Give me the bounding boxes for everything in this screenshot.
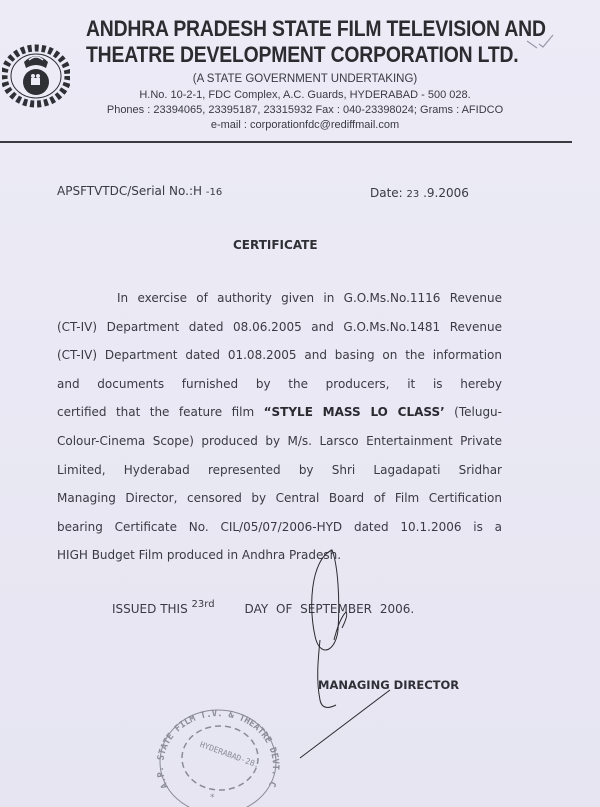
film-title: “STYLE MASS LO CLASS’ bbox=[264, 405, 445, 419]
organization-name-line1: ANDHRA PRADESH STATE FILM TELEVISION AND bbox=[86, 16, 500, 42]
issued-day: 23rd bbox=[192, 599, 215, 610]
pencil-tick-icon bbox=[525, 32, 561, 54]
body-line: In exercise of authority given in G.O.Ms… bbox=[57, 290, 502, 319]
body-line: Limited, Hyderabad represented by Shri L… bbox=[57, 462, 502, 491]
serial-value: -16 bbox=[206, 187, 222, 198]
letterhead-divider bbox=[0, 141, 572, 143]
svg-text:A.P. STATE FILM T.V. & THEATRE: A.P. STATE FILM T.V. & THEATRE DEVT. COR… bbox=[148, 692, 280, 790]
body-line: (CT-IV) Department dated 08.06.2005 and … bbox=[57, 319, 502, 348]
serial-number: APSFTVTDC/Serial No.:H -16 bbox=[57, 184, 222, 198]
issued-line: ISSUED THIS 23rdDAY OF SEPTEMBER 2006. bbox=[112, 599, 414, 616]
company-seal-stamp-icon: A.P. STATE FILM T.V. & THEATRE DEVT. COR… bbox=[148, 692, 288, 807]
issue-date: Date: 23 .9.2006 bbox=[370, 186, 469, 200]
date-label: Date: bbox=[370, 186, 407, 200]
body-line: HIGH Budget Film produced in Andhra Prad… bbox=[57, 547, 502, 576]
organization-name-line2: THEATRE DEVELOPMENT CORPORATION LTD. bbox=[86, 42, 500, 68]
body-line: bearing Certificate No. CIL/05/07/2006-H… bbox=[57, 519, 502, 548]
svg-text:*: * bbox=[210, 793, 215, 803]
svg-text:HYDERABAD-28.: HYDERABAD-28. bbox=[199, 740, 261, 770]
certificate-body: In exercise of authority given in G.O.Ms… bbox=[57, 290, 502, 576]
document-page: ANDHRA PRADESH STATE FILM TELEVISION AND… bbox=[0, 0, 600, 807]
organization-name: ANDHRA PRADESH STATE FILM TELEVISION AND… bbox=[86, 16, 500, 68]
signatory-title: MANAGING DIRECTOR bbox=[318, 678, 459, 692]
organization-subtitle: (A STATE GOVERNMENT UNDERTAKING) bbox=[70, 73, 540, 85]
organization-email: e-mail : corporationfdc@rediffmail.com bbox=[70, 119, 540, 131]
date-day: 23 bbox=[407, 189, 420, 200]
body-line: certified that the feature film “STYLE M… bbox=[57, 404, 502, 433]
date-rest: .9.2006 bbox=[419, 186, 469, 200]
body-line: (CT-IV) Department dated 01.08.2005 and … bbox=[57, 347, 502, 376]
certificate-title: CERTIFICATE bbox=[233, 238, 318, 252]
emblem-camera-seal-icon bbox=[2, 40, 70, 108]
body-line: Managing Director, censored by Central B… bbox=[57, 490, 502, 519]
body-line: and documents furnished by the producers… bbox=[57, 376, 502, 405]
body-line: Colour-Cinema Scope) produced by M/s. La… bbox=[57, 433, 502, 462]
organization-address: H.No. 10-2-1, FDC Complex, A.C. Guards, … bbox=[70, 89, 540, 101]
organization-phones: Phones : 23394065, 23395187, 23315932 Fa… bbox=[60, 104, 550, 116]
serial-label: APSFTVTDC/Serial No.:H bbox=[57, 184, 206, 198]
